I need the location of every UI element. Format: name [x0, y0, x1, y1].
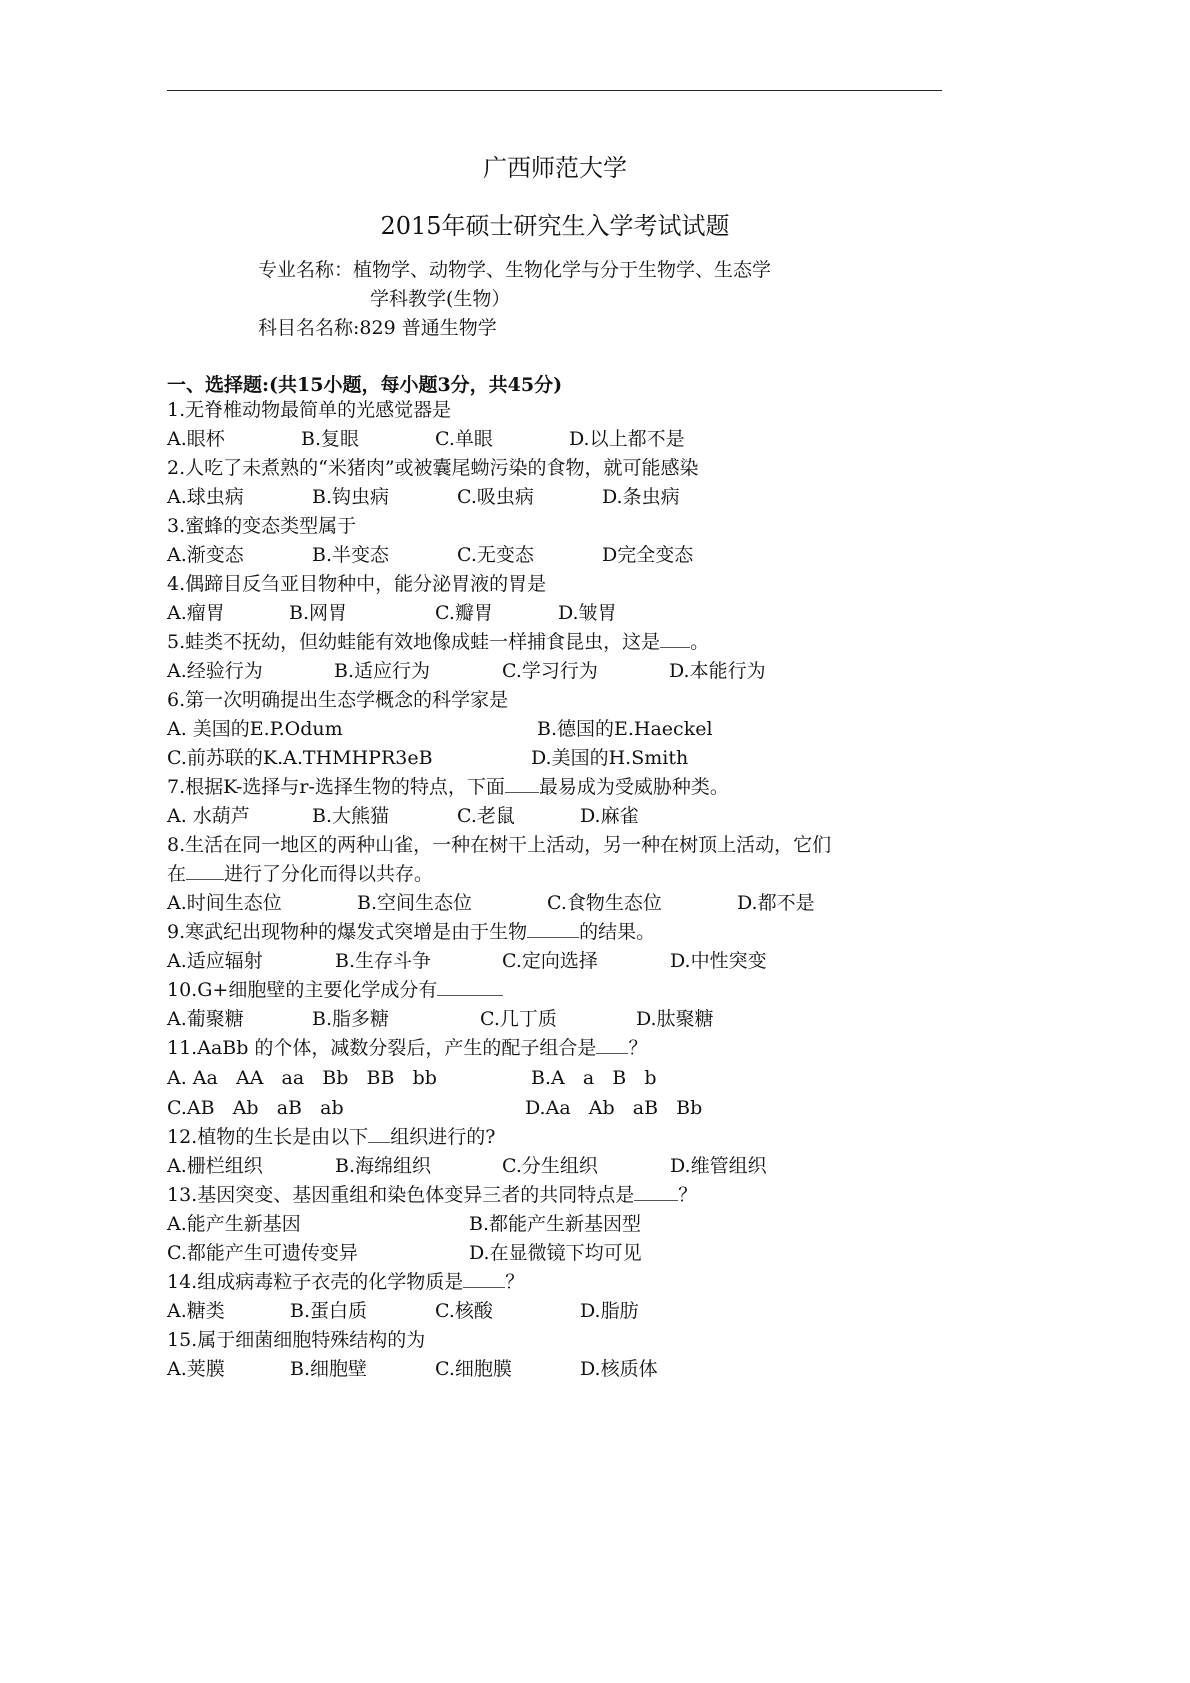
- option-c: C.分生组织: [502, 1152, 598, 1181]
- option-b: B.A a B b: [531, 1064, 657, 1093]
- answer-blank: [463, 1268, 505, 1288]
- stem-text: 最易成为受威胁种类。: [539, 776, 729, 798]
- question-stem: 12.植物的生长是由以下组织进行的?: [167, 1123, 495, 1152]
- question-stem: 7.根据K-选择与r-选择生物的特点，下面最易成为受威胁种类。: [167, 773, 729, 802]
- option-c: C.学习行为: [502, 657, 598, 686]
- subject-line: 科目名名称:829 普通生物学: [258, 313, 497, 340]
- option-d: D.中性突变: [670, 947, 767, 976]
- stem-text: 的结果。: [579, 921, 655, 943]
- option-b: B.网胃: [289, 599, 347, 628]
- option-a: A.栅栏组织: [167, 1152, 263, 1181]
- option-a: A.时间生态位: [167, 889, 282, 918]
- university-title: 广西师范大学: [0, 148, 1110, 183]
- option-c: C.几丁质: [480, 1005, 557, 1034]
- option-d: D.以上都不是: [569, 425, 685, 454]
- stem-text: 13.基因突变、基因重组和染色体变异三者的共同特点是: [167, 1184, 634, 1206]
- option-a: A.球虫病: [167, 483, 244, 512]
- option-a: A.能产生新基因: [167, 1210, 301, 1239]
- stem-text: 组织进行的?: [390, 1126, 495, 1148]
- question-stem-continued: 在进行了分化而得以共存。: [167, 860, 433, 889]
- option-d: D.维管组织: [670, 1152, 767, 1181]
- question-stem: 14.组成病毒粒子衣壳的化学物质是？: [167, 1268, 524, 1297]
- option-d: D.都不是: [737, 889, 815, 918]
- option-b: B.德国的E.Haeckel: [537, 715, 713, 744]
- option-b: B.脂多糖: [312, 1005, 389, 1034]
- question-stem: 4.偶蹄目反刍亚目物种中，能分泌胃液的胃是: [167, 570, 546, 599]
- answer-blank: [437, 976, 503, 996]
- stem-text: 9.寒武纪出现物种的爆发式突增是由于生物: [167, 921, 527, 943]
- option-a: A. Aa AA aa Bb BB bb: [167, 1064, 437, 1093]
- option-c: C.吸虫病: [457, 483, 534, 512]
- option-c: C.定向选择: [502, 947, 598, 976]
- question-stem: 3.蜜蜂的变态类型属于: [167, 512, 356, 541]
- question-stem: 11.AaBb 的个体，减数分裂后，产生的配子组合是？: [167, 1034, 647, 1063]
- option-d: D.脂肪: [580, 1297, 639, 1326]
- option-c: C.AB Ab aB ab: [167, 1094, 344, 1123]
- option-a: A.眼杯: [167, 425, 225, 454]
- answer-blank: [660, 628, 690, 648]
- option-d: D.Aa Ab aB Bb: [525, 1094, 702, 1123]
- option-b: B.海绵组织: [335, 1152, 431, 1181]
- stem-text: 进行了分化而得以共存。: [224, 863, 433, 885]
- option-a: A.荚膜: [167, 1355, 225, 1384]
- option-a: A.瘤胃: [167, 599, 225, 628]
- question-stem: 8.生活在同一地区的两种山雀，一种在树干上活动，另一种在树顶上活动，它们: [167, 831, 831, 860]
- answer-blank: [596, 1034, 628, 1054]
- answer-blank: [634, 1181, 678, 1201]
- major-label: 专业名称：: [258, 259, 353, 281]
- stem-text: ？: [678, 1184, 697, 1206]
- option-b: B.钩虫病: [312, 483, 389, 512]
- exam-title: 2015年硕士研究生入学考试试题: [0, 206, 1110, 241]
- answer-blank: [186, 860, 224, 880]
- option-d: D.核质体: [580, 1355, 658, 1384]
- stem-text: 7.根据K-选择与r-选择生物的特点，下面: [167, 776, 505, 798]
- option-b: B.都能产生新基因型: [469, 1210, 641, 1239]
- option-b: B.蛋白质: [290, 1297, 367, 1326]
- option-b: B.大熊猫: [312, 802, 389, 831]
- stem-text: 12.植物的生长是由以下: [167, 1126, 368, 1148]
- option-d: D.美国的H.Smith: [531, 744, 688, 773]
- major-value: 植物学、动物学、生物化学与分于生物学、生态学: [353, 259, 771, 281]
- option-d: D.皱胃: [558, 599, 617, 628]
- answer-blank: [505, 773, 539, 793]
- stem-text: ？: [628, 1037, 647, 1059]
- question-stem: 10.G+细胞壁的主要化学成分有: [167, 976, 503, 1005]
- answer-blank: [527, 918, 579, 938]
- question-stem: 9.寒武纪出现物种的爆发式突增是由于生物的结果。: [167, 918, 655, 947]
- option-a: A.糖类: [167, 1297, 225, 1326]
- option-c: C.前苏联的K.A.THMHPR3eB: [167, 744, 433, 773]
- option-b: B.空间生态位: [357, 889, 472, 918]
- option-c: C.食物生态位: [547, 889, 662, 918]
- option-a: A.葡聚糖: [167, 1005, 244, 1034]
- question-stem: 1.无脊椎动物最简单的光感觉器是: [167, 396, 451, 425]
- stem-text: ？: [505, 1271, 524, 1293]
- major-line: 专业名称：植物学、动物学、生物化学与分于生物学、生态学: [258, 255, 771, 282]
- option-d: D.条虫病: [602, 483, 680, 512]
- option-c: C.单眼: [435, 425, 493, 454]
- option-d: D.本能行为: [669, 657, 766, 686]
- stem-text: 14.组成病毒粒子衣壳的化学物质是: [167, 1271, 463, 1293]
- option-c: C.老鼠: [457, 802, 515, 831]
- option-a: A. 水葫芦: [167, 802, 250, 831]
- option-d: D.肽聚糖: [636, 1005, 714, 1034]
- question-stem: 6.第一次明确提出生态学概念的科学家是: [167, 686, 508, 715]
- option-a: A.适应辐射: [167, 947, 263, 976]
- option-d: D.麻雀: [580, 802, 639, 831]
- answer-blank: [368, 1123, 390, 1143]
- option-b: B.半变态: [312, 541, 389, 570]
- option-c: C.瓣胃: [435, 599, 493, 628]
- stem-text: 5.蛙类不抚幼，但幼蛙能有效地像成蛙一样捕食昆虫，这是: [167, 631, 660, 653]
- question-stem: 2.人吃了未煮熟的“米猪肉”或被囊尾蚴污染的食物，就可能感染: [167, 454, 699, 483]
- option-a: A.经验行为: [167, 657, 263, 686]
- option-c: C.无变态: [457, 541, 534, 570]
- header-rule: [167, 90, 942, 91]
- option-c: C.细胞膜: [435, 1355, 512, 1384]
- section-heading: 一、选择题:(共15小题，每小题3分，共45分): [167, 370, 562, 397]
- option-b: B.复眼: [301, 425, 359, 454]
- stem-text: 。: [690, 631, 709, 653]
- option-c: C.核酸: [435, 1297, 493, 1326]
- option-d: D.在显微镜下均可见: [469, 1239, 642, 1268]
- option-d: D完全变态: [602, 541, 693, 570]
- stem-text: 11.AaBb 的个体，减数分裂后，产生的配子组合是: [167, 1037, 596, 1059]
- option-a: A.渐变态: [167, 541, 244, 570]
- stem-text: 在: [167, 863, 186, 885]
- option-b: B.生存斗争: [335, 947, 431, 976]
- option-b: B.细胞壁: [290, 1355, 367, 1384]
- question-stem: 13.基因突变、基因重组和染色体变异三者的共同特点是？: [167, 1181, 697, 1210]
- option-b: B.适应行为: [334, 657, 430, 686]
- question-stem: 5.蛙类不抚幼，但幼蛙能有效地像成蛙一样捕食昆虫，这是。: [167, 628, 709, 657]
- option-a: A. 美国的E.P.Odum: [167, 715, 343, 744]
- question-stem: 15.属于细菌细胞特殊结构的为: [167, 1326, 425, 1355]
- stem-text: 10.G+细胞壁的主要化学成分有: [167, 979, 437, 1001]
- major-line-continued: 学科教学(生物）: [370, 284, 510, 311]
- option-c: C.都能产生可遗传变异: [167, 1239, 358, 1268]
